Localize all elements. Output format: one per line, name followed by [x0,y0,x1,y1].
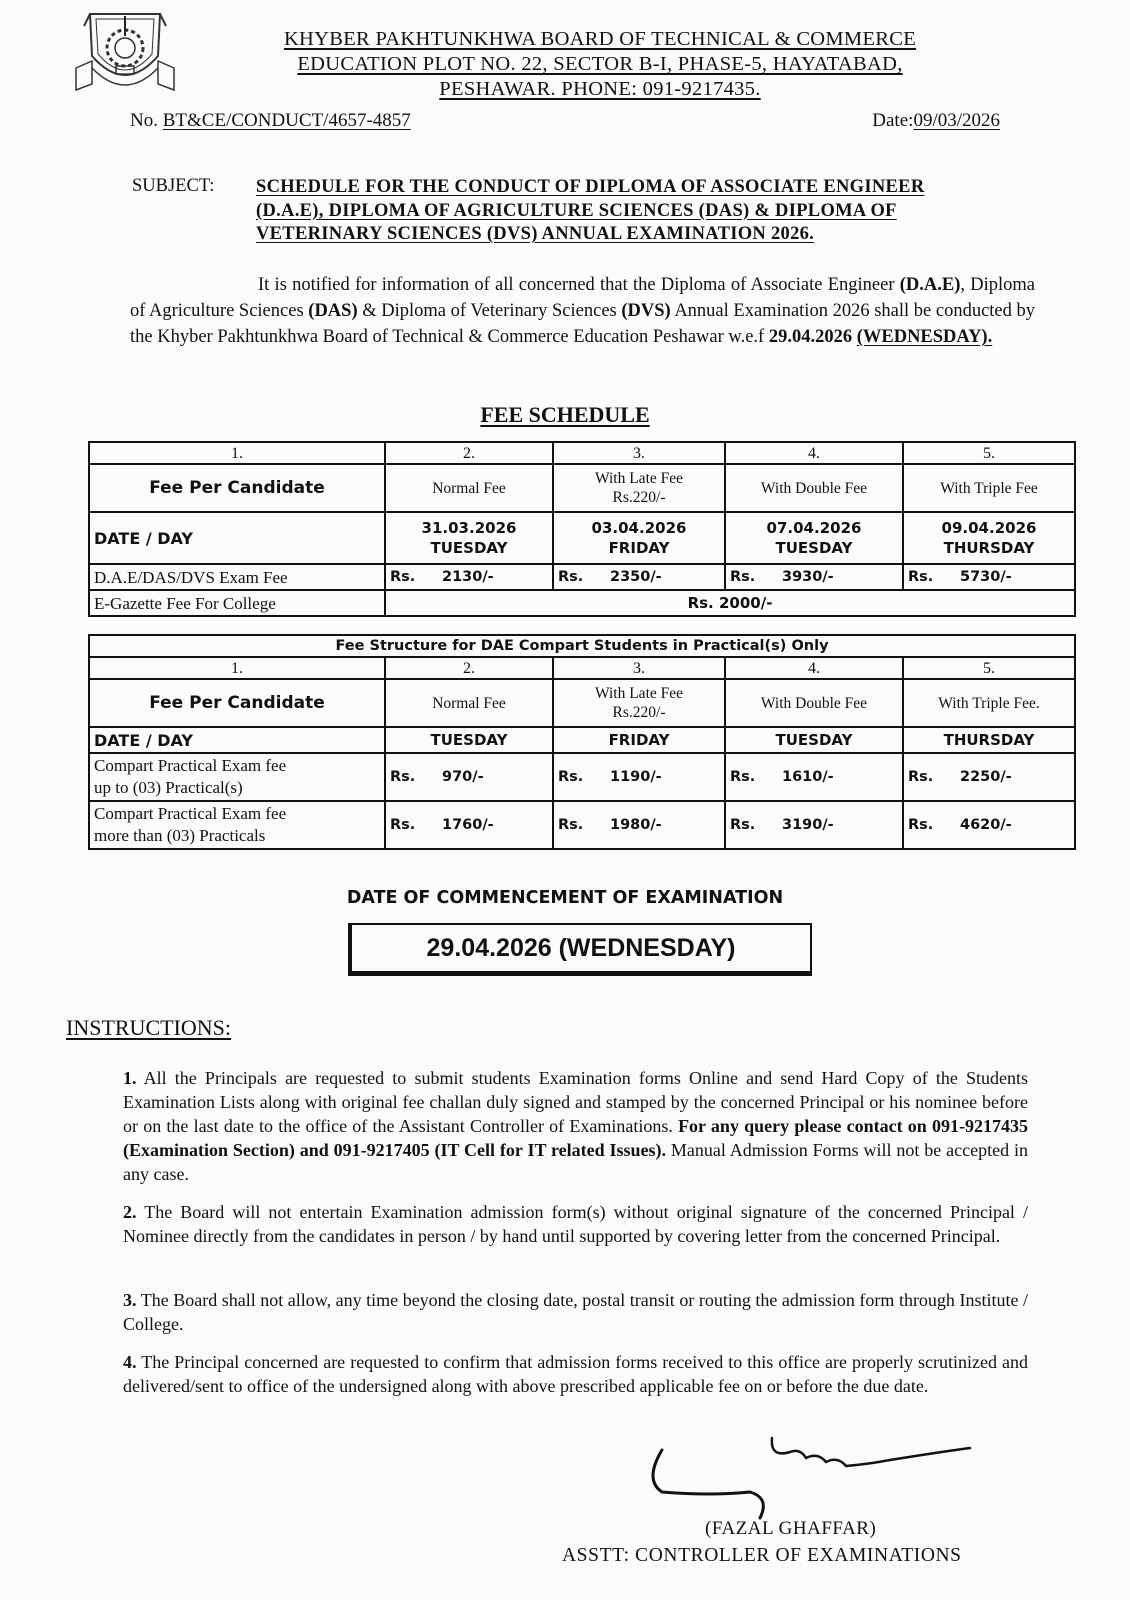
reference-number: No. BT&CE/CONDUCT/4657-4857 [130,110,411,132]
fee-category: Normal Fee [385,464,553,512]
intro-bold: (DAS) [308,301,357,321]
column-number: 3. [553,657,725,679]
currency: Rs. [390,768,442,787]
deadline-day: THURSDAY [944,539,1035,557]
fee-amount: Rs.3930/- [725,564,903,590]
fee-category-label: With Late Fee [595,470,683,487]
table-row: D.A.E/DAS/DVS Exam Fee Rs.2130/- Rs.2350… [89,564,1075,590]
currency: Rs. [908,768,960,787]
table-row: Fee Per Candidate Normal Fee With Late F… [89,679,1075,727]
row-label: D.A.E/DAS/DVS Exam Fee [89,564,385,590]
column-number: 1. [89,657,385,679]
deadline-cell: 09.04.2026THURSDAY [903,512,1075,564]
fee-category: Normal Fee [385,679,553,727]
board-name: KHYBER PAKHTUNKHWA BOARD OF TECHNICAL & … [200,27,1000,52]
table-row: Compart Practical Exam feemore than (03)… [89,801,1075,849]
deadline-date: 09.04.2026 [942,519,1037,537]
currency: Rs. [558,568,610,587]
subject-line: SCHEDULE FOR THE CONDUCT OF DIPLOMA OF A… [256,176,1036,200]
instruction-number: 4. [123,1352,137,1372]
subject-line: (D.A.E), DIPLOMA OF AGRICULTURE SCIENCES… [256,200,1036,224]
row-label-line: up to (03) Practical(s) [94,778,243,797]
intro-text: & Diploma of Veterinary Sciences [358,301,622,321]
commencement-date-box: 29.04.2026 (WEDNESDAY) [348,923,812,976]
board-phone: PESHAWAR. PHONE: 091-9217435. [200,77,1000,102]
amount: 1610/- [782,768,834,787]
fee-category: With Triple Fee. [903,679,1075,727]
row-label: Fee Per Candidate [89,679,385,727]
deadline-day: FRIDAY [553,727,725,753]
column-number: 4. [725,442,903,464]
table-row: E-Gazette Fee For College Rs. 2000/- [89,590,1075,616]
deadline-day: TUESDAY [776,539,853,557]
fee-category-label: With Late Fee [595,685,683,702]
row-label-line: Compart Practical Exam fee [94,756,286,775]
column-number: 1. [89,442,385,464]
fee-amount: Rs.2350/- [553,564,725,590]
instruction-text: The Board will not entertain Examination… [123,1202,1028,1246]
fee-amount: Rs.1610/- [725,753,903,801]
letter-date: Date:09/03/2026 [872,110,1000,132]
currency: Rs. [730,568,782,587]
compart-fee-table: Fee Structure for DAE Compart Students i… [88,634,1076,850]
amount: 2350/- [610,568,662,587]
deadline-day: FRIDAY [609,539,670,557]
deadline-date: 31.03.2026 [422,519,517,537]
amount: 2130/- [442,568,494,587]
board-address: EDUCATION PLOT NO. 22, SECTOR B-I, PHASE… [200,52,1000,77]
instruction-number: 3. [123,1290,137,1310]
row-label: Fee Per Candidate [89,464,385,512]
currency: Rs. [730,816,782,835]
row-label-line: Compart Practical Exam fee [94,804,286,823]
instructions-title: INSTRUCTIONS: [66,1015,231,1041]
table-row: 1. 2. 3. 4. 5. [89,442,1075,464]
deadline-date: 07.04.2026 [767,519,862,537]
currency: Rs. [390,816,442,835]
amount: 1190/- [610,768,662,787]
fee-amount: Rs.1190/- [553,753,725,801]
currency: Rs. [558,816,610,835]
fee-amount: Rs.2130/- [385,564,553,590]
column-number: 5. [903,657,1075,679]
currency: Rs. [390,568,442,587]
commencement-title: DATE OF COMMENCEMENT OF EXAMINATION [0,888,1130,908]
intro-bold: (WEDNESDAY). [857,327,993,347]
currency: Rs. [730,768,782,787]
amount: 3930/- [782,568,834,587]
amount: 970/- [442,768,484,787]
fee-amount: Rs.970/- [385,753,553,801]
fee-amount: Rs.3190/- [725,801,903,849]
instruction-number: 2. [123,1202,137,1222]
reference-value: BT&CE/CONDUCT/4657-4857 [163,110,411,131]
deadline-cell: 03.04.2026FRIDAY [553,512,725,564]
row-label-line: more than (03) Practicals [94,826,265,845]
date-value: 09/03/2026 [913,110,1000,131]
instruction-item: 3. The Board shall not allow, any time b… [123,1288,1028,1336]
currency: Rs. [908,816,960,835]
table-row: 1. 2. 3. 4. 5. [89,657,1075,679]
fee-amount: Rs.4620/- [903,801,1075,849]
fee-category: With Triple Fee [903,464,1075,512]
instruction-item: 1. All the Principals are requested to s… [123,1066,1028,1186]
amount: 4620/- [960,816,1012,835]
column-number: 2. [385,657,553,679]
late-fee-note: Rs.220/- [613,704,666,721]
deadline-cell: 07.04.2026TUESDAY [725,512,903,564]
fee-schedule-title: FEE SCHEDULE [0,402,1130,428]
currency: Rs. [558,768,610,787]
instruction-item: 2. The Board will not entertain Examinat… [123,1200,1028,1248]
row-label: DATE / DAY [89,512,385,564]
amount: 5730/- [960,568,1012,587]
row-label: E-Gazette Fee For College [89,590,385,616]
notification-paragraph: It is notified for information of all co… [130,272,1035,350]
signatory-name: (FAZAL GHAFFAR) [705,1518,876,1540]
instruction-text: The Principal concerned are requested to… [123,1352,1028,1396]
fee-amount: Rs.2250/- [903,753,1075,801]
deadline-day: TUESDAY [385,727,553,753]
row-label: Compart Practical Exam feeup to (03) Pra… [89,753,385,801]
amount: 2250/- [960,768,1012,787]
instruction-item: 4. The Principal concerned are requested… [123,1350,1028,1398]
column-number: 3. [553,442,725,464]
row-label: Compart Practical Exam feemore than (03)… [89,801,385,849]
instruction-number: 1. [123,1068,137,1088]
column-number: 5. [903,442,1075,464]
intro-bold: 29.04.2026 [769,327,852,347]
deadline-date: 03.04.2026 [592,519,687,537]
instruction-text: The Board shall not allow, any time beyo… [123,1290,1028,1334]
amount: 1980/- [610,816,662,835]
intro-text: It is notified for information of all co… [258,275,894,295]
compart-table-title: Fee Structure for DAE Compart Students i… [89,635,1075,657]
intro-bold: (D.A.E) [900,275,961,295]
column-number: 2. [385,442,553,464]
intro-bold: (DVS) [621,301,670,321]
amount: 3190/- [782,816,834,835]
column-number: 4. [725,657,903,679]
table-row: Fee Structure for DAE Compart Students i… [89,635,1075,657]
late-fee-note: Rs.220/- [613,489,666,506]
row-label: DATE / DAY [89,727,385,753]
fee-category: With Late FeeRs.220/- [553,464,725,512]
date-label: Date: [872,110,913,131]
fee-amount: Rs.1980/- [553,801,725,849]
table-row: Compart Practical Exam feeup to (03) Pra… [89,753,1075,801]
currency: Rs. [908,568,960,587]
fee-schedule-table: 1. 2. 3. 4. 5. Fee Per Candidate Normal … [88,441,1076,617]
fee-category: With Double Fee [725,679,903,727]
egazette-fee: Rs. 2000/- [385,590,1075,616]
fee-amount: Rs.5730/- [903,564,1075,590]
amount: 1760/- [442,816,494,835]
deadline-day: THURSDAY [903,727,1075,753]
deadline-cell: 31.03.2026TUESDAY [385,512,553,564]
reference-label: No. [130,110,158,131]
board-crest-icon [70,6,180,98]
deadline-day: TUESDAY [431,539,508,557]
table-row: Fee Per Candidate Normal Fee With Late F… [89,464,1075,512]
subject-line: VETERINARY SCIENCES (DVS) ANNUAL EXAMINA… [256,223,1036,247]
fee-amount: Rs.1760/- [385,801,553,849]
table-row: DATE / DAY TUESDAY FRIDAY TUESDAY THURSD… [89,727,1075,753]
signatory-designation: ASSTT: CONTROLLER OF EXAMINATIONS [562,1545,962,1567]
subject-text: SCHEDULE FOR THE CONDUCT OF DIPLOMA OF A… [256,176,1036,247]
fee-category: With Late FeeRs.220/- [553,679,725,727]
handwritten-signature-icon [640,1430,980,1520]
fee-category: With Double Fee [725,464,903,512]
subject-label: SUBJECT: [132,176,214,197]
deadline-day: TUESDAY [725,727,903,753]
table-row: DATE / DAY 31.03.2026TUESDAY 03.04.2026F… [89,512,1075,564]
